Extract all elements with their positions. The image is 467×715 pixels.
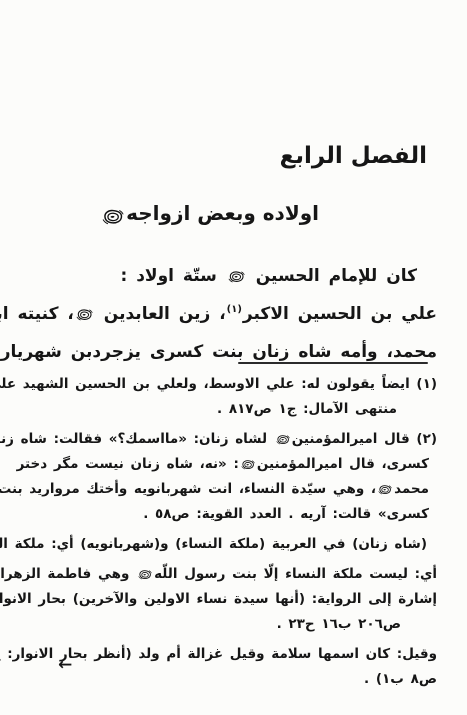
footnote-separator [238, 362, 428, 364]
text-run: وهي فاطمة الزهراء [0, 566, 136, 582]
text-run: ستّة اولاد : [120, 266, 225, 286]
text-run: كسرى» قالت: آريه . العدد القوية: ص٥٨ . [143, 506, 429, 522]
footnote-line: إشارة إلى الرواية: (أنها سيدة نساء الاول… [20, 587, 437, 612]
footnote-line: وقيل: كان اسمها سلامة وقيل غزالة أم ولد … [20, 642, 437, 667]
footnote-line: ص٨ ب١) . [20, 667, 437, 692]
footnote-line: منتهى الآمال: ج١ ص٨١٧ . [20, 397, 437, 422]
page-title: الفصل الرابع [280, 143, 427, 169]
honorific-seal-icon [138, 569, 152, 580]
section-subtitle-text: اولاده وبعض ازواجه [126, 201, 319, 225]
text-run: كسرى، قال اميرالمؤمنين [257, 456, 429, 472]
footnote-ref: (١) [227, 304, 242, 315]
honorific-seal-icon [76, 308, 93, 321]
text-run: علي بن الحسين الاكبر [243, 304, 437, 324]
honorific-seal-icon [378, 484, 392, 495]
text-run: (شاه زنان) في العربية (ملكة النساء) و(شه… [0, 536, 427, 552]
text-run: منتهى الآمال: ج١ ص٨١٧ . [217, 401, 397, 417]
body-text: كان للإمام الحسين ستّة اولاد :علي بن الح… [24, 260, 437, 369]
honorific-seal-icon [276, 434, 290, 445]
text-run: ص٢٠٦ ب١٦ ح٢٣ . [277, 616, 401, 632]
text-run: ، زين العابدين [95, 304, 226, 324]
honorific-seal-icon [102, 208, 124, 225]
footnote-line: محمد، وهي سيّدة النساء، انت شهربانويه وأ… [20, 477, 437, 502]
text-run: محمد [394, 481, 429, 497]
continuation-arrow-icon: ← [58, 653, 72, 678]
footnote-line: (١) ايضاً يقولون له: علي الاوسط، ولعلي ب… [20, 372, 437, 397]
section-subtitle: اولاده وبعض ازواجه [100, 201, 319, 225]
footnote-line: (٢) قال اميرالمؤمنين لشاه زنان: «مااسمك؟… [20, 427, 437, 452]
text-run: ، كنيته ابو [0, 304, 74, 324]
text-run: (٢) قال اميرالمؤمنين [292, 431, 437, 447]
footnote-line: كسرى» قالت: آريه . العدد القوية: ص٥٨ . [20, 502, 437, 527]
footnote-line: أي: ليست ملكة النساء إلّا بنت رسول اللّه… [20, 562, 437, 587]
body-line: علي بن الحسين الاكبر(١)، زين العابدين ، … [24, 293, 437, 331]
text-run: لشاه زنان: «مااسمك؟» فقالت: شاه زنان بنت [0, 431, 274, 447]
text-run: كان للإمام الحسين [247, 266, 417, 286]
text-run: إشارة إلى الرواية: (أنها سيدة نساء الاول… [0, 591, 437, 607]
text-run: (١) ايضاً يقولون له: علي الاوسط، ولعلي ب… [0, 376, 437, 392]
footnote-line: ص٢٠٦ ب١٦ ح٢٣ . [20, 612, 437, 637]
honorific-seal-icon [241, 459, 255, 470]
footnote-line: (شاه زنان) في العربية (ملكة النساء) و(شه… [20, 532, 437, 557]
body-line: كان للإمام الحسين ستّة اولاد : [24, 260, 437, 293]
text-run: ص٨ ب١) . [364, 671, 437, 687]
text-run: : «نه، شاه زنان نيست مگر دختر [17, 456, 239, 472]
footnotes: (١) ايضاً يقولون له: علي الاوسط، ولعلي ب… [20, 372, 437, 692]
footnote-line: كسرى، قال اميرالمؤمنين: «نه، شاه زنان ني… [20, 452, 437, 477]
text-run: محمد، وأمه شاه زنان بنت كسرى يزجردبن شهر… [1, 342, 437, 362]
text-run: أي: ليست ملكة النساء إلّا بنت رسول اللّه [154, 566, 437, 582]
book-page: الفصل الرابع اولاده وبعض ازواجه كان للإم… [0, 0, 467, 715]
honorific-seal-icon [228, 270, 245, 283]
text-run: ، وهي سيّدة النساء، انت شهربانويه وأختك … [0, 481, 376, 497]
